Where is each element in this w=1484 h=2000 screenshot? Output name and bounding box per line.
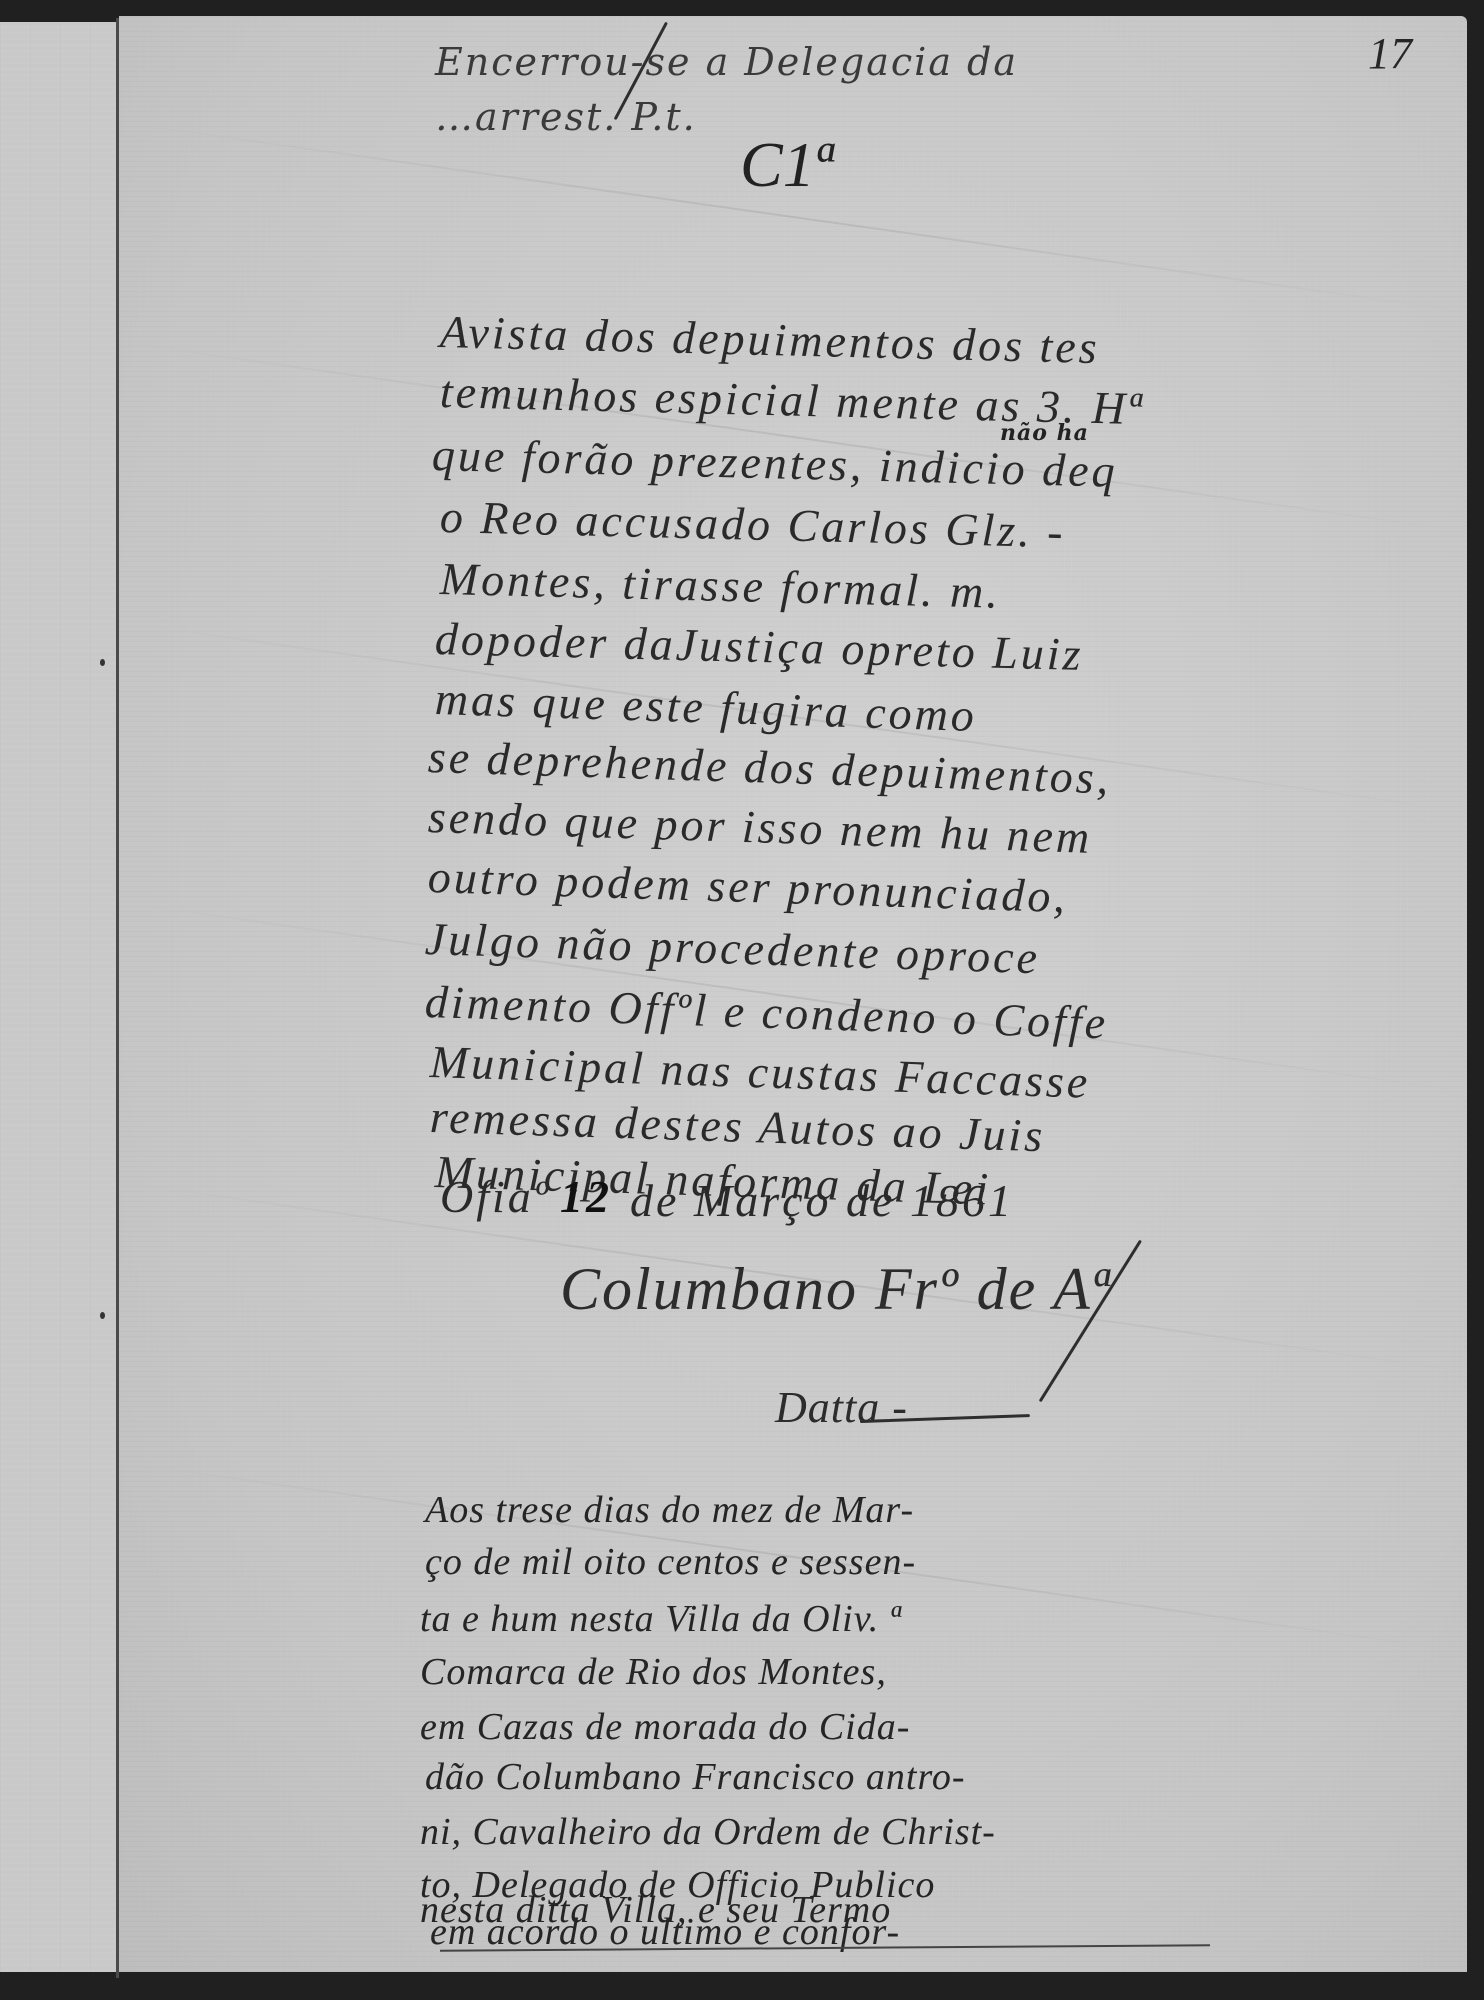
judge-signature: Columbano Frº de Aª <box>560 1255 1110 1324</box>
section-heading: C1ª <box>740 128 832 202</box>
record-line: ni, Cavalheiro da Ordem de Christ- <box>420 1810 996 1854</box>
record-line: ta e hum nesta Villa da Oliv. ª <box>420 1597 901 1641</box>
record-line: dão Columbano Francisco antro- <box>425 1755 966 1799</box>
page-number: 17 <box>1368 28 1412 79</box>
record-line: Aos trese dias do mez de Mar- <box>425 1488 914 1532</box>
record-line: Comarca de Rio dos Montes, <box>420 1650 887 1694</box>
ink-speck <box>100 659 105 666</box>
left-facing-page-edge <box>0 22 116 1972</box>
record-subheading: Datta - <box>775 1382 908 1433</box>
date-place: Ofiaº <box>440 1170 551 1223</box>
header-line-1: Encerrou-se a Delegacia da <box>435 40 1018 84</box>
header-line-2: …arrest. P.t. <box>435 95 697 139</box>
record-line: ço de mil oito centos e sessen- <box>425 1540 916 1584</box>
ink-speck <box>100 1312 105 1319</box>
record-line: em Cazas de morada do Cida- <box>420 1705 910 1749</box>
scanned-page-image: 17 Encerrou-se a Delegacia da …arrest. P… <box>0 0 1484 2000</box>
date-month-year: de Março de 1861 <box>630 1174 1014 1227</box>
date-day: 12 <box>560 1170 612 1223</box>
